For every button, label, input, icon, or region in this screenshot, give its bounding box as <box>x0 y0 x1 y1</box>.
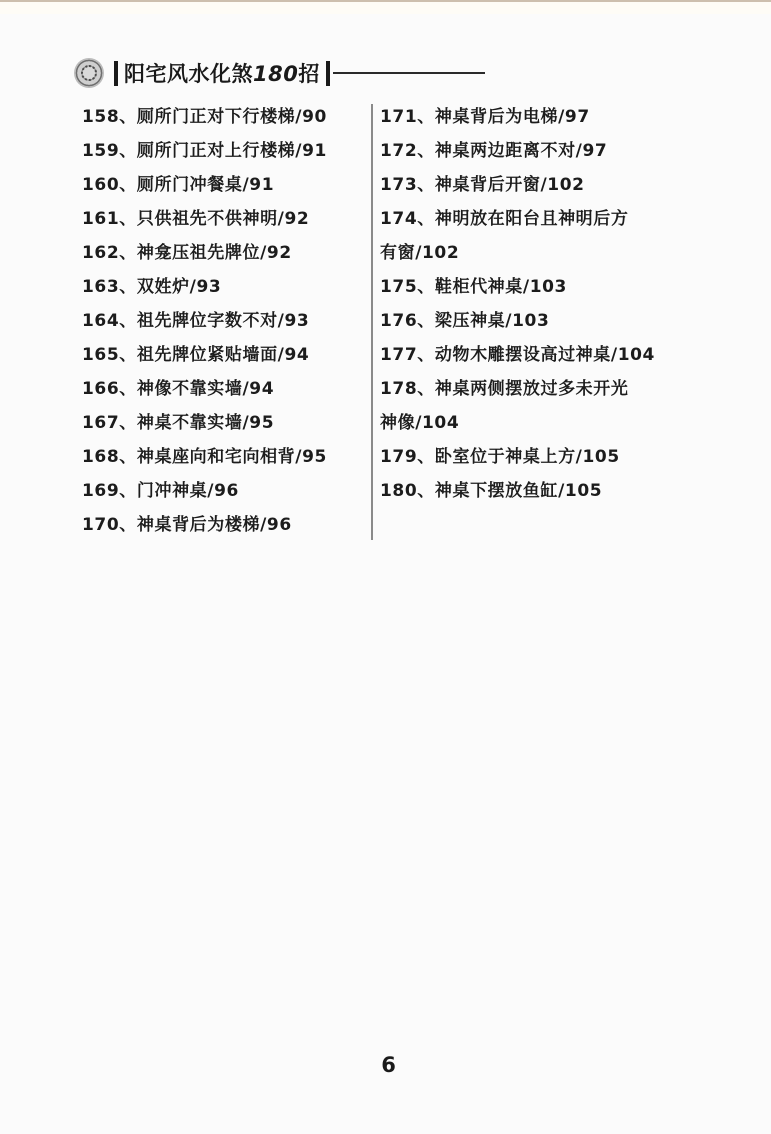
toc-entry[interactable]: 172、神桌两边距离不对/97 <box>380 134 680 168</box>
toc-entry[interactable]: 170、神桌背后为楼梯/96 <box>82 508 367 542</box>
toc-left-column: 158、厕所门正对下行楼梯/90 159、厕所门正对上行楼梯/91 160、厕所… <box>82 100 367 542</box>
book-title: 阳宅风水化煞180招 <box>124 58 320 88</box>
book-title-number: 180 <box>253 62 298 86</box>
page-top-band <box>0 2 771 14</box>
toc-entry[interactable]: 175、鞋柜代神桌/103 <box>380 270 680 304</box>
toc-entry[interactable]: 174、神明放在阳台且神明后方 <box>380 202 680 236</box>
toc-entry[interactable]: 165、祖先牌位紧贴墙面/94 <box>82 338 367 372</box>
toc-entry[interactable]: 169、门冲神桌/96 <box>82 474 367 508</box>
header-bar-left <box>114 61 118 86</box>
toc-entry[interactable]: 177、动物木雕摆设高过神桌/104 <box>380 338 680 372</box>
column-divider <box>371 104 373 540</box>
toc-entry[interactable]: 167、神桌不靠实墙/95 <box>82 406 367 440</box>
toc-entry[interactable]: 160、厕所门冲餐桌/91 <box>82 168 367 202</box>
toc-entry[interactable]: 176、梁压神桌/103 <box>380 304 680 338</box>
running-header: 阳宅风水化煞180招 <box>74 57 485 89</box>
toc-entry[interactable]: 163、双姓炉/93 <box>82 270 367 304</box>
toc-entry[interactable]: 180、神桌下摆放鱼缸/105 <box>380 474 680 508</box>
toc-entry[interactable]: 179、卧室位于神桌上方/105 <box>380 440 680 474</box>
toc-entry[interactable]: 168、神桌座向和宅向相背/95 <box>82 440 367 474</box>
toc-entry[interactable]: 166、神像不靠实墙/94 <box>82 372 367 406</box>
toc-right-column: 171、神桌背后为电梯/97 172、神桌两边距离不对/97 173、神桌背后开… <box>380 100 680 508</box>
toc-entry[interactable]: 173、神桌背后开窗/102 <box>380 168 680 202</box>
ornamental-medallion-icon <box>74 58 104 88</box>
toc-entry[interactable]: 162、神龛压祖先牌位/92 <box>82 236 367 270</box>
toc-entry[interactable]: 158、厕所门正对下行楼梯/90 <box>82 100 367 134</box>
toc-entry[interactable]: 159、厕所门正对上行楼梯/91 <box>82 134 367 168</box>
header-rule <box>333 72 485 74</box>
toc-entry-continuation[interactable]: 有窗/102 <box>380 236 680 270</box>
book-title-suffix: 招 <box>298 62 320 86</box>
toc-entry[interactable]: 178、神桌两侧摆放过多未开光 <box>380 372 680 406</box>
page-number: 6 <box>0 1053 771 1077</box>
header-bar-right <box>326 61 330 86</box>
book-title-prefix: 阳宅风水化煞 <box>124 62 253 86</box>
toc-entry[interactable]: 161、只供祖先不供神明/92 <box>82 202 367 236</box>
toc-entry[interactable]: 164、祖先牌位字数不对/93 <box>82 304 367 338</box>
toc-entry[interactable]: 171、神桌背后为电梯/97 <box>380 100 680 134</box>
toc-entry-continuation[interactable]: 神像/104 <box>380 406 680 440</box>
